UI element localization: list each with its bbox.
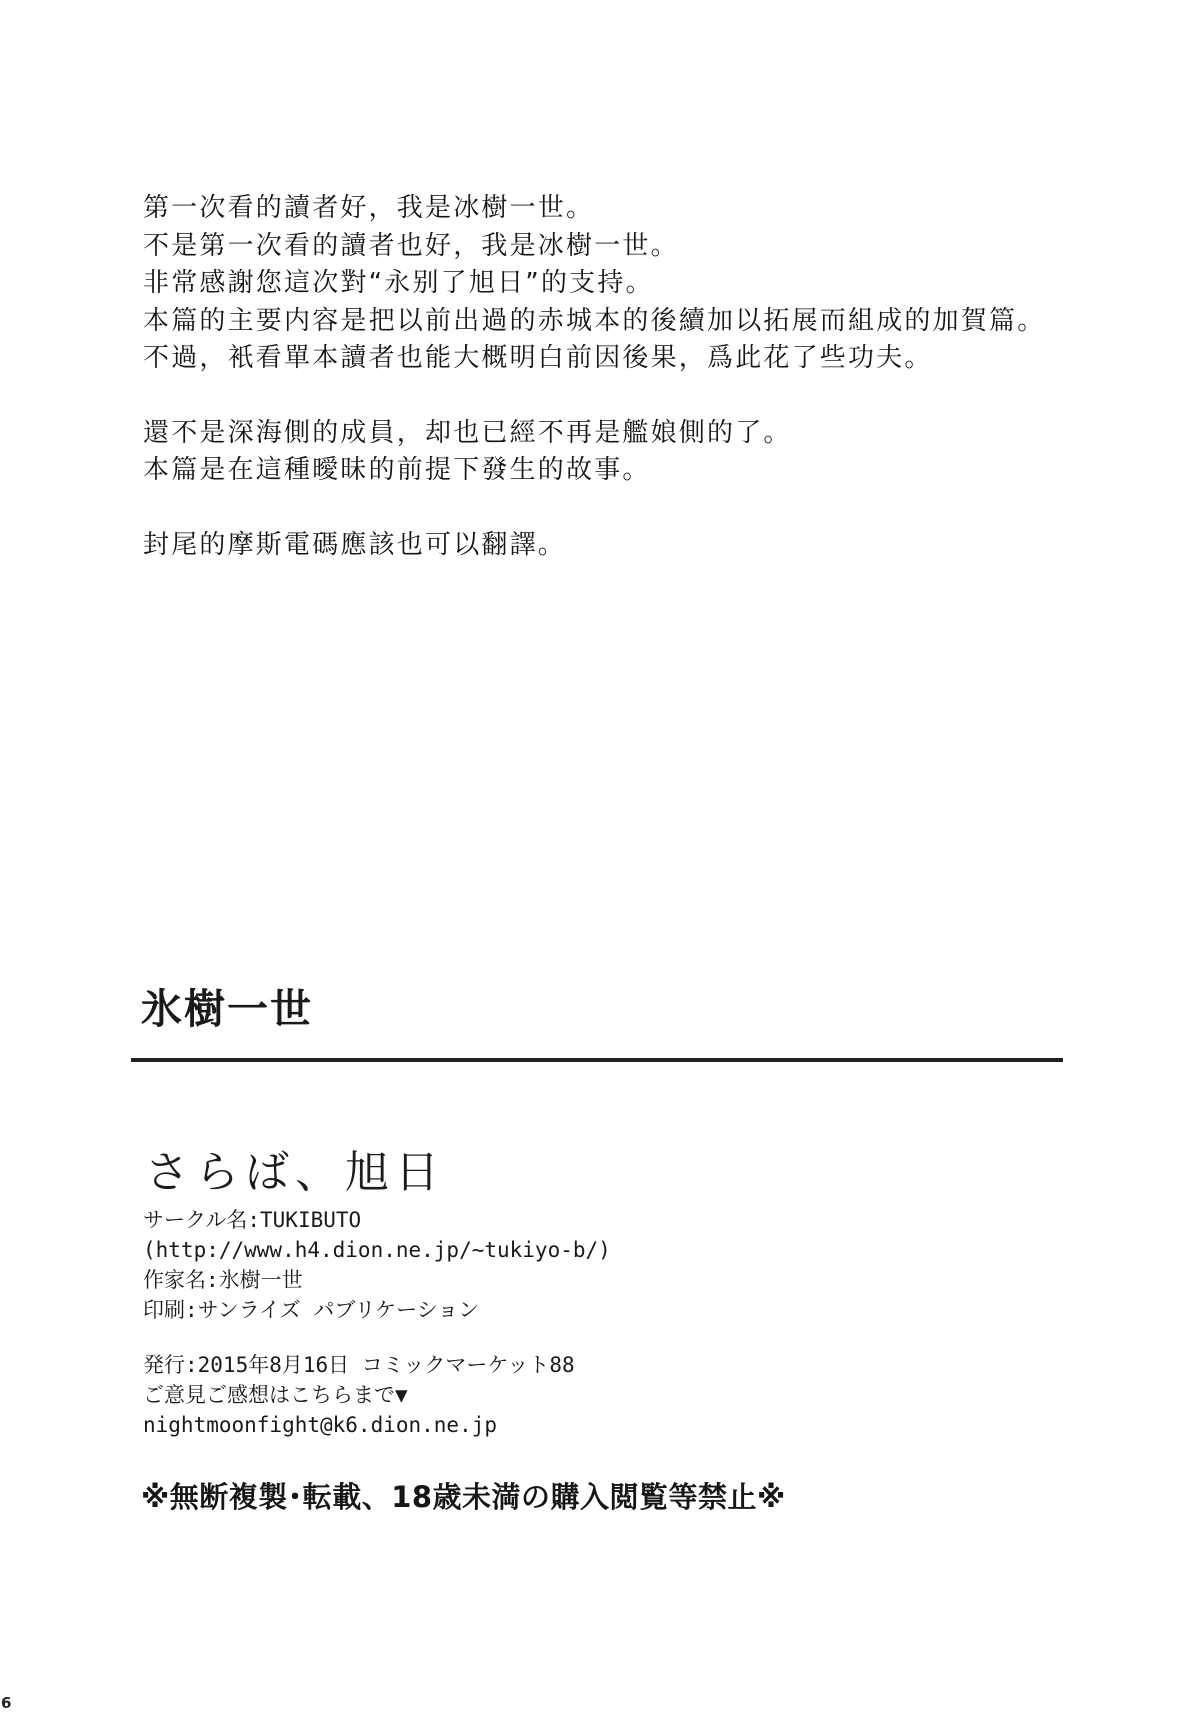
circle-url: (http://www.h4.dion.ne.jp/~tukiyo-b/) [143,1235,611,1265]
page-number: 6 [1,1695,11,1712]
afterword-paragraph-2: 還不是深海側的成員，却也已經不再是艦娘側的了。 本篇是在這種曖昧的前提下發生的故… [143,415,1043,490]
circle-name: サークル名:TUKIBUTO [143,1205,611,1235]
afterword-line: 還不是深海側的成員，却也已經不再是艦娘側的了。 [143,415,1043,453]
afterword-text: 第一次看的讀者好，我是冰樹一世。 不是第一次看的讀者也好，我是冰樹一世。 非常感… [143,190,1043,601]
afterword-line: 不過，衹看單本讀者也能大概明白前因後果，爲此花了些功夫。 [143,340,1043,378]
publication-date: 発行:2015年8月16日 コミックマーケット88 [143,1350,611,1380]
afterword-line: 封尾的摩斯電碼應該也可以翻譯。 [143,527,1043,565]
afterword-line: 不是第一次看的讀者也好，我是冰樹一世。 [143,228,1043,266]
artist-name: 作家名:氷樹一世 [143,1265,611,1295]
author-name: 氷樹一世 [141,982,313,1036]
feedback-label: ご意見ご感想はこちらまで▼ [143,1380,611,1410]
afterword-paragraph-1: 第一次看的讀者好，我是冰樹一世。 不是第一次看的讀者也好，我是冰樹一世。 非常感… [143,190,1043,378]
copyright-notice: ※無断複製･転載、18歳未満の購入閲覧等禁止※ [141,1477,786,1517]
afterword-line: 本篇的主要内容是把以前出過的赤城本的後續加以拓展而組成的加賀篇。 [143,303,1043,341]
book-title: さらば、旭日 [145,1145,611,1201]
afterword-line: 非常感謝您這次對“永别了旭日”的支持。 [143,265,1043,303]
printer-name: 印刷:サンライズ パブリケーション [143,1295,611,1325]
spacer [143,1325,611,1350]
colophon: さらば、旭日 サークル名:TUKIBUTO (http://www.h4.dio… [143,1145,611,1440]
afterword-line: 第一次看的讀者好，我是冰樹一世。 [143,190,1043,228]
divider-rule [131,1058,1063,1062]
afterword-paragraph-3: 封尾的摩斯電碼應該也可以翻譯。 [143,527,1043,565]
contact-email: nightmoonfight@k6.dion.ne.jp [143,1410,611,1440]
afterword-line: 本篇是在這種曖昧的前提下發生的故事。 [143,452,1043,490]
